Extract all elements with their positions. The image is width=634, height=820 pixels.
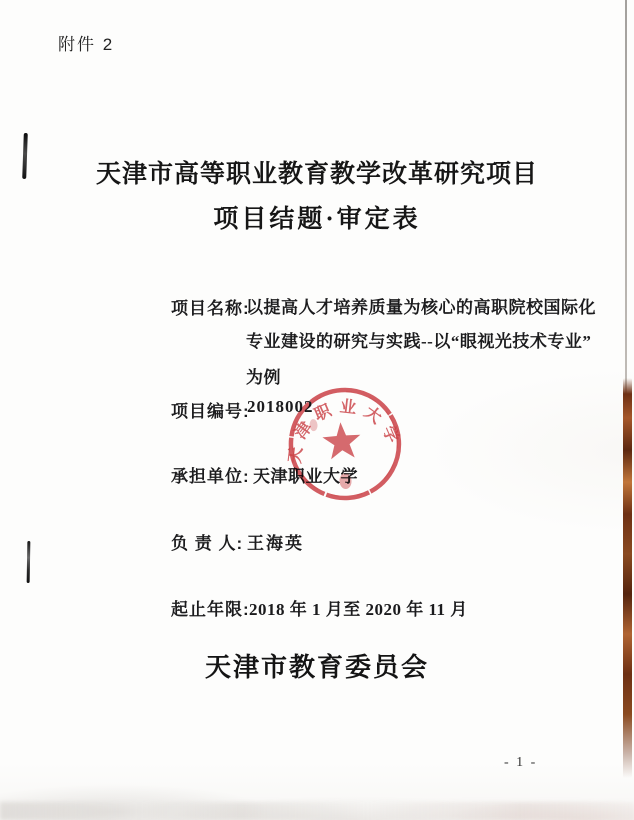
- scan-edge-line: [625, 0, 627, 400]
- field-value-principal: 王海英: [247, 529, 304, 554]
- field-label-undertaker: 承担单位:: [171, 462, 250, 487]
- field-label-project-number: 项目编号:: [171, 397, 250, 422]
- document-title-line2: 项目结题·审定表: [0, 199, 634, 235]
- stamp-smudge: [339, 473, 352, 490]
- attachment-label: 附件 2: [58, 30, 114, 55]
- university-seal-stamp: 天津职业大学: [281, 380, 409, 510]
- stamp-ring-text: 天津职业大学: [281, 392, 408, 466]
- field-label-duration: 起止年限:: [171, 595, 250, 620]
- field-label-project-name: 项目名称:: [171, 294, 250, 319]
- field-value-project-name-line3: 为例: [246, 363, 281, 388]
- issuing-authority: 天津市教育委员会: [0, 647, 634, 684]
- field-value-duration: 2018 年 1 月至 2020 年 11 月: [249, 595, 468, 620]
- scanned-document-page: { "header": { "attachment_label": "附件 2"…: [0, 0, 634, 820]
- scan-edge-strip: [623, 378, 632, 778]
- field-value-project-name-line2: 专业建设的研究与实践--以“眼视光技术专业”: [246, 327, 591, 352]
- field-value-project-name-line1: 以提高人才培养质量为核心的高职院校国际化: [246, 293, 596, 318]
- page-number: - 1 -: [504, 755, 537, 771]
- stamp-star: [321, 421, 361, 460]
- document-title: 天津市高等职业教育教学改革研究项目 项目结题·审定表: [0, 154, 634, 235]
- staple-mark-bottom: [27, 541, 31, 583]
- svg-text:天津职业大学: 天津职业大学: [281, 392, 408, 466]
- scan-smudge: [0, 802, 634, 820]
- field-label-principal: 负 责 人:: [171, 529, 243, 554]
- document-title-line1: 天津市高等职业教育教学改革研究项目: [0, 154, 634, 190]
